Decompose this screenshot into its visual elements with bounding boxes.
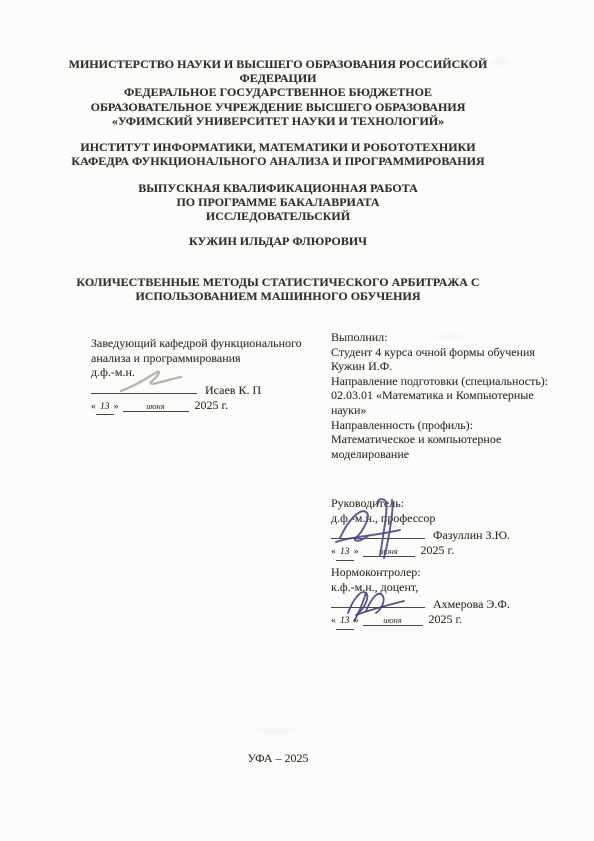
quote-close: » bbox=[114, 402, 119, 412]
thesis-title: КОЛИЧЕСТВЕННЫЕ МЕТОДЫ СТАТИСТИЧЕСКОГО АР… bbox=[0, 275, 556, 303]
akhmerova-handwritten-signature-icon bbox=[342, 585, 412, 623]
date-year: 2025 г. bbox=[421, 543, 455, 557]
date-year: 2025 г. bbox=[195, 398, 229, 412]
document-page: МИНИСТЕРСТВО НАУКИ И ВЫСШЕГО ОБРАЗОВАНИЯ… bbox=[0, 0, 594, 841]
institute-header: ИНСТИТУТ ИНФОРМАТИКИ, МАТЕМАТИКИ И РОБОТ… bbox=[0, 140, 556, 168]
isaev-handwritten-signature-icon bbox=[115, 369, 195, 395]
ministry-header: МИНИСТЕРСТВО НАУКИ И ВЫСШЕГО ОБРАЗОВАНИЯ… bbox=[0, 57, 556, 128]
supervisor-name: Фазуллин З.Ю. bbox=[433, 528, 510, 542]
department-head-name: Исаев К. П bbox=[205, 383, 261, 397]
scan-smudge bbox=[248, 726, 304, 736]
date-year: 2025 г. bbox=[429, 612, 463, 626]
author-name: КУЖИН ИЛЬДАР ФЛЮРОВИЧ bbox=[0, 234, 556, 248]
normcontrol-name: Ахмерова Э.Ф. bbox=[433, 597, 510, 611]
performer-block: Выполнил: Студент 4 курса очной формы об… bbox=[331, 330, 581, 461]
date-day: 13 bbox=[96, 400, 114, 416]
work-type-header: ВЫПУСКНАЯ КВАЛИФИКАЦИОННАЯ РАБОТА ПО ПРО… bbox=[0, 181, 556, 224]
department-head-date-line: «13»июня2025 г. bbox=[91, 398, 349, 416]
fazullin-handwritten-signature-icon bbox=[334, 498, 419, 562]
footer-city-year: УФА – 2025 bbox=[0, 751, 556, 765]
date-month: июня bbox=[123, 399, 189, 412]
